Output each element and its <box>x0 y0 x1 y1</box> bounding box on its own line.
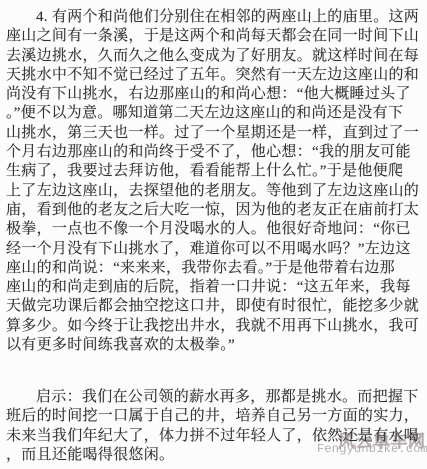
text-line: 座山之间有一条溪，于是这两个和尚每天都会在同一时间下山 <box>6 27 424 46</box>
story-paragraph: 4. 有两个和尚他们分别住在相邻的两座山上的庙里。这两座山之间有一条溪，于是这两… <box>6 8 424 355</box>
text-line: 未来当我们年纪大了，体力拼不过年轻人了，依然还是有水喝 <box>6 427 424 446</box>
text-line: 。”便不以为意。哪知道第二天左边这座山的和尚还是没有下 <box>6 104 424 123</box>
text-line: 以有更多时间练我喜欢的太极拳。” <box>6 336 424 355</box>
text-line: 天挑水中不知不觉已经过了五年。突然有一天左边这座山的和 <box>6 66 424 85</box>
text-line: 庙，看到他的老友之后大吃一惊，因为他的老友正在庙前打太 <box>6 201 424 220</box>
text-line: 座山的和尚走到庙的后院，指着一口井说：“这五年来，我每 <box>6 278 424 297</box>
text-line: 生病了，我要过去拜访他，看看能帮上什么忙。”于是他便爬 <box>6 162 424 181</box>
text-line: 天做完功课后都会抽空挖这口井，即使有时很忙，能挖多少就 <box>6 297 424 316</box>
text-line: 去溪边挑水，久而久之他么变成为了好朋友。就这样时间在每 <box>6 47 424 66</box>
text-line: 山挑水，第三天也一样。过了一个星期还是一样，直到过了一 <box>6 124 424 143</box>
text-line: ，而且还能喝得很悠闲。 <box>6 446 424 465</box>
moral-paragraph: 启示：我们在公司领的薪水再多，那都是挑水。而把握下班后的时间挖一口属于自己的井，… <box>6 388 424 465</box>
text-line: 经一个月没有下山挑水了，难道你可以不用喝水吗？”左边这 <box>6 240 424 259</box>
text-line: 个月右边那座山的和尚终于受不了，他心想：“我的朋友可能 <box>6 143 424 162</box>
text-line: 4. 有两个和尚他们分别住在相邻的两座山上的庙里。这两 <box>6 8 424 27</box>
text-line: 班后的时间挖一口属于自己的井，培养自己另一方面的实力， <box>6 407 424 426</box>
text-line: 算多少。如今终于让我挖出井水，我就不用再下山挑水，我可 <box>6 317 424 336</box>
text-line: 极拳，一点也不像一个月没喝水的人。他很好奇地问：“你已 <box>6 220 424 239</box>
text-line: 座山的和尚说：“来来来，我带你去看。”于是他带着右边那 <box>6 259 424 278</box>
document-page: 4. 有两个和尚他们分别住在相邻的两座山上的庙里。这两座山之间有一条溪，于是这两… <box>0 0 427 469</box>
text-line: 上了左边这座山，去探望他的老朋友。等他到了左边这座山的 <box>6 182 424 201</box>
text-line: 启示：我们在公司领的薪水再多，那都是挑水。而把握下 <box>6 388 424 407</box>
text-line: 尚没有下山挑水，右边那座山的和尚心想：“他大概睡过头了 <box>6 85 424 104</box>
